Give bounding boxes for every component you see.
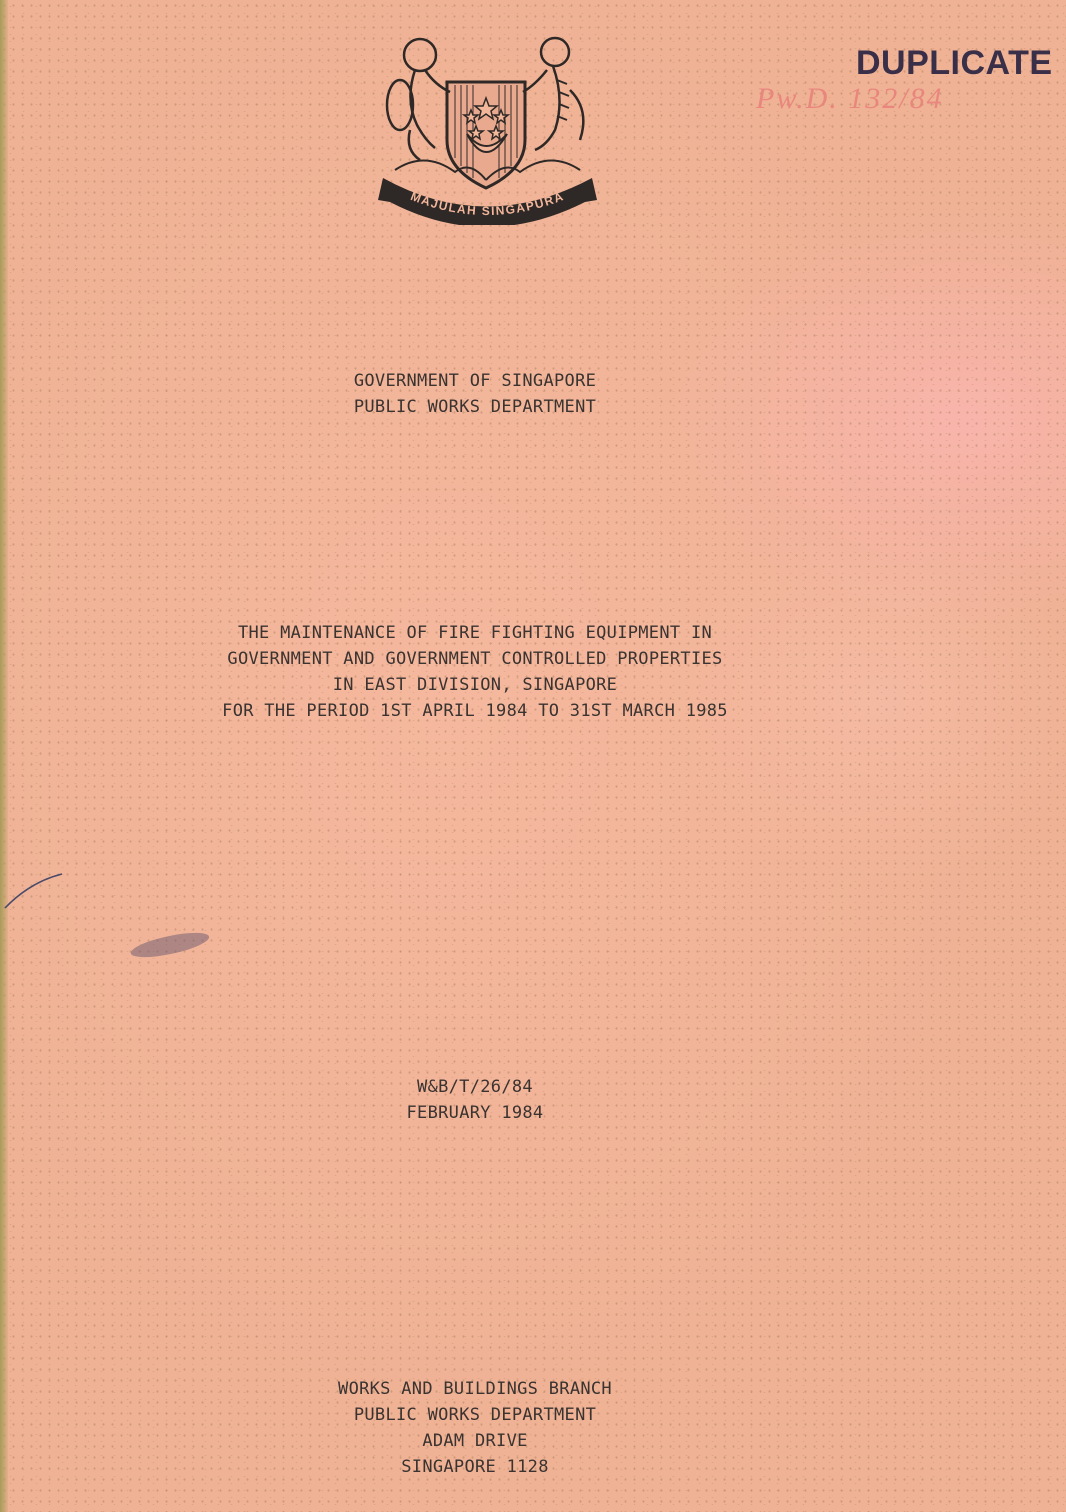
issuer-address: WORKS AND BUILDINGS BRANCH PUBLIC WORKS … [0,1376,950,1480]
address-line: SINGAPORE 1128 [0,1454,950,1480]
ink-smudge [115,925,215,970]
organization-heading: GOVERNMENT OF SINGAPORE PUBLIC WORKS DEP… [0,368,950,420]
binding-edge [0,0,8,1512]
document-date: FEBRUARY 1984 [0,1100,950,1126]
paper-texture [0,0,1066,1512]
address-line: PUBLIC WORKS DEPARTMENT [0,1402,950,1428]
document-title: THE MAINTENANCE OF FIRE FIGHTING EQUIPME… [0,620,950,724]
address-line: ADAM DRIVE [0,1428,950,1454]
title-line: GOVERNMENT AND GOVERNMENT CONTROLLED PRO… [0,646,950,672]
reference-block: W&B/T/26/84 FEBRUARY 1984 [0,1074,950,1126]
title-line: IN EAST DIVISION, SINGAPORE [0,672,950,698]
organization-line: GOVERNMENT OF SINGAPORE [0,368,950,394]
organization-line: PUBLIC WORKS DEPARTMENT [0,394,950,420]
pen-stroke-mark [0,860,70,920]
singapore-coat-of-arms-icon: MAJULAH SINGAPURA [375,30,600,225]
document-cover-page: MAJULAH SINGAPURA DUPLICATE Pw.D. 132/84… [0,0,1066,1512]
title-line: FOR THE PERIOD 1ST APRIL 1984 TO 31ST MA… [0,698,950,724]
duplicate-stamp: DUPLICATE [856,44,1053,83]
address-line: WORKS AND BUILDINGS BRANCH [0,1376,950,1402]
handwritten-file-number: Pw.D. 132/84 [756,82,944,116]
title-line: THE MAINTENANCE OF FIRE FIGHTING EQUIPME… [0,620,950,646]
reference-number: W&B/T/26/84 [0,1074,950,1100]
